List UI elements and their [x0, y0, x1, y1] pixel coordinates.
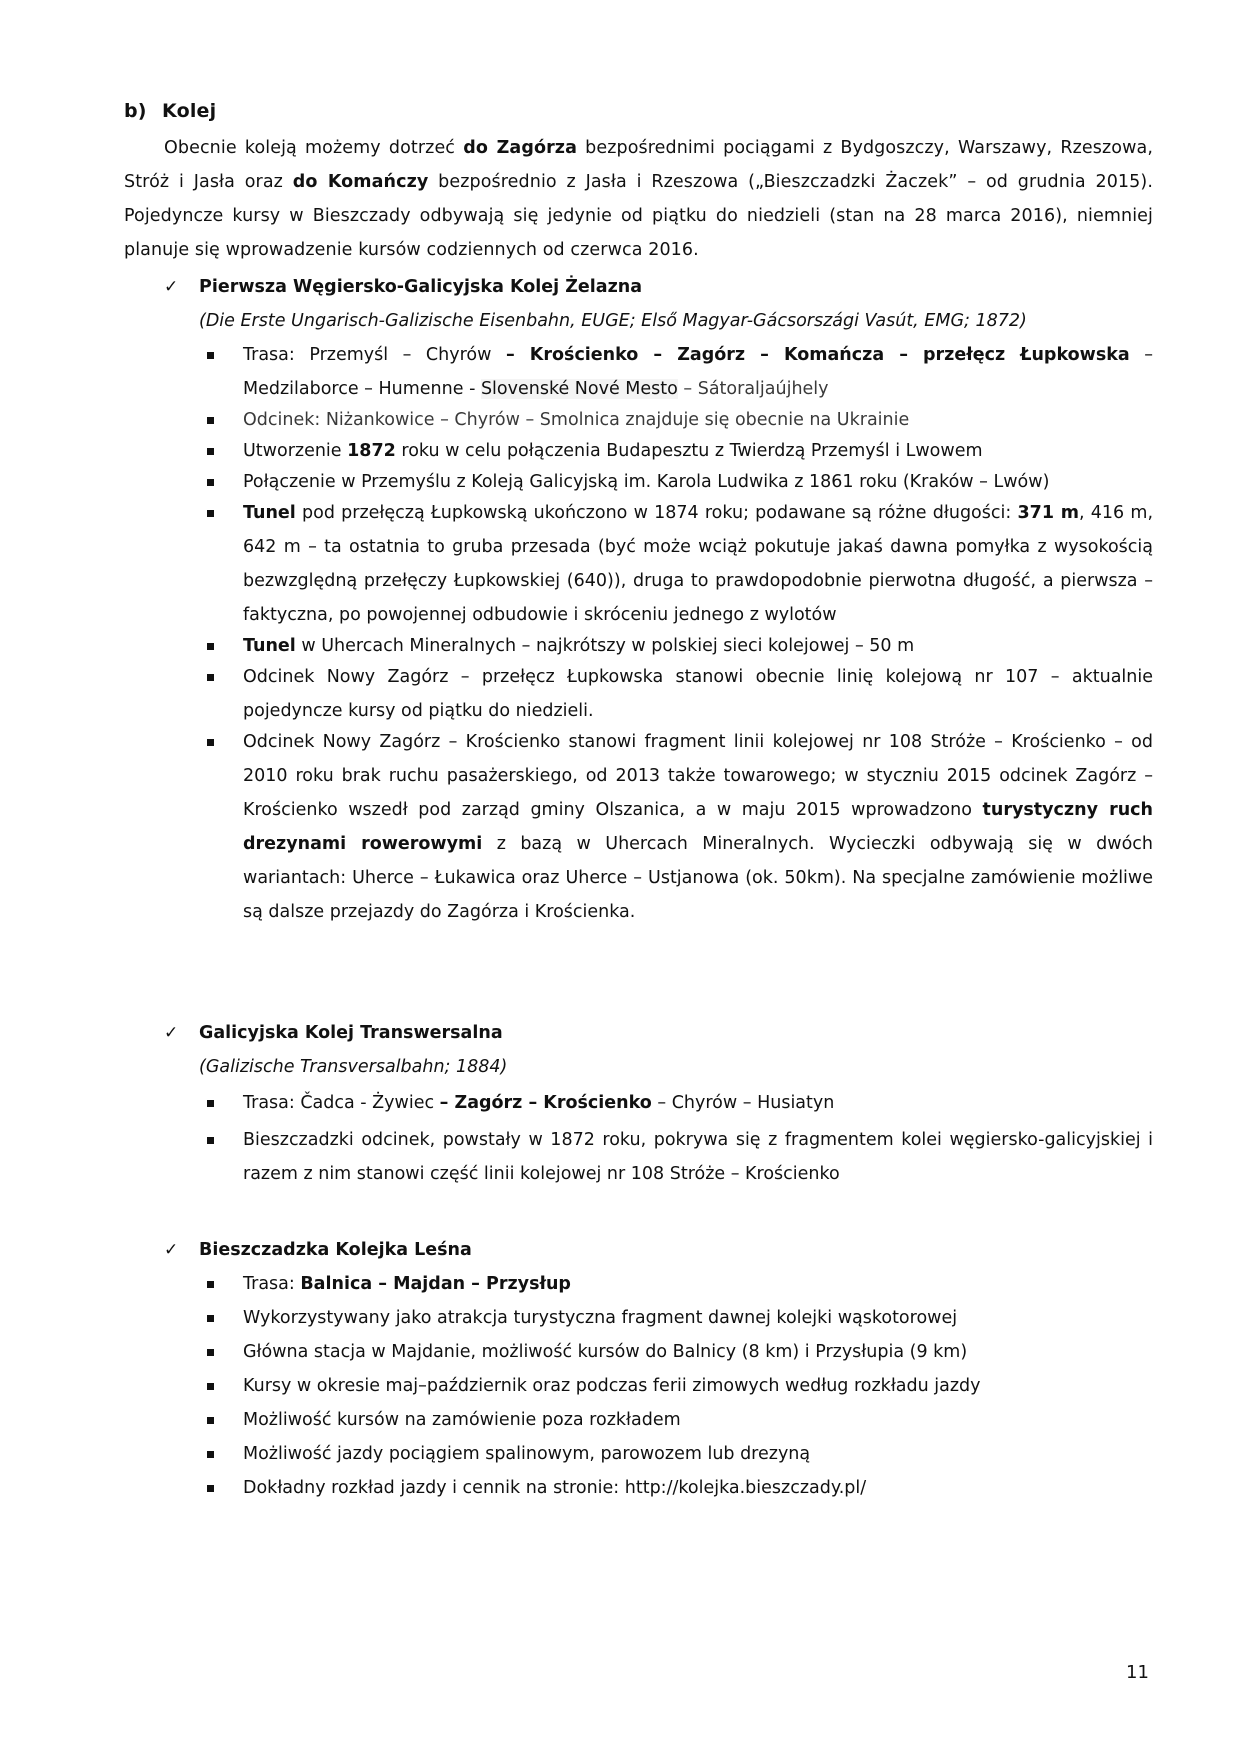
bullet-square-icon [207, 1349, 214, 1356]
item-text: roku w celu połączenia Budapesztu z Twie… [396, 441, 983, 461]
list-item: Możliwość jazdy pociągiem spalinowym, pa… [124, 1437, 1153, 1471]
item-text: Możliwość kursów na zamówienie poza rozk… [243, 1410, 681, 1430]
list-item: Trasa: Balnica – Majdan – Przysłup [124, 1267, 1153, 1301]
railway-heading: ✓ Pierwsza Węgiersko-Galicyjska Kolej Że… [124, 270, 1153, 304]
list-item: Dokładny rozkład jazdy i cennik na stron… [124, 1471, 1153, 1505]
list-item: Odcinek Nowy Zagórz – Krościenko stanowi… [124, 725, 1153, 929]
list-item: Trasa: Čadca - Żywiec – Zagórz – Kroście… [124, 1086, 1153, 1120]
item-bold: 1872 [347, 441, 396, 461]
bullet-square-icon [207, 1137, 214, 1144]
railway-title: Pierwsza Węgiersko-Galicyjska Kolej Żela… [199, 277, 642, 297]
item-text: Główna stacja w Majdanie, możliwość kurs… [243, 1342, 967, 1362]
item-highlight: Slovenské Nové Mesto [481, 379, 678, 399]
railway-title: Bieszczadzka Kolejka Leśna [199, 1240, 472, 1260]
list-item: Utworzenie 1872 roku w celu połączenia B… [124, 434, 1153, 468]
document-page: b)Kolej Obecnie koleją możemy dotrzeć do… [0, 0, 1241, 1755]
intro-bold-komancza: do Komańczy [293, 172, 429, 192]
section-title: Kolej [162, 100, 216, 122]
intro-paragraph: Obecnie koleją możemy dotrzeć do Zagórza… [124, 131, 1153, 267]
intro-text: Obecnie koleją możemy dotrzeć [164, 138, 463, 158]
list-item: Główna stacja w Majdanie, możliwość kurs… [124, 1335, 1153, 1369]
item-bold: 371 m [1017, 503, 1079, 523]
bullet-square-icon [207, 352, 214, 359]
list-item: Bieszczadzki odcinek, powstały w 1872 ro… [124, 1123, 1153, 1191]
item-text: Bieszczadzki odcinek, powstały w 1872 ro… [243, 1130, 1153, 1184]
list-item: Możliwość kursów na zamówienie poza rozk… [124, 1403, 1153, 1437]
item-bold: – Zagórz – Krościenko [440, 1093, 652, 1113]
railway-subtitle: (Galizische Transversalbahn; 1884) [124, 1050, 1153, 1084]
bullet-square-icon [207, 1485, 214, 1492]
item-bold: – Krościenko – Zagórz – Komańcza – przeł… [506, 345, 1130, 365]
bullet-square-icon [207, 479, 214, 486]
bullet-square-icon [207, 1451, 214, 1458]
item-text: Kursy w okresie maj–październik oraz pod… [243, 1376, 981, 1396]
item-text: Wykorzystywany jako atrakcja turystyczna… [243, 1308, 957, 1328]
item-text: Trasa: Čadca - Żywiec [243, 1093, 440, 1113]
railway-subtitle: (Die Erste Ungarisch-Galizische Eisenbah… [124, 304, 1153, 338]
item-text: w Uhercach Mineralnych – najkrótszy w po… [296, 636, 914, 656]
bullet-square-icon [207, 448, 214, 455]
item-bold: Tunel [243, 503, 296, 523]
railway-heading: ✓ Bieszczadzka Kolejka Leśna [124, 1233, 1153, 1267]
list-item: Trasa: Przemyśl – Chyrów – Krościenko – … [124, 338, 1153, 406]
bullet-square-icon [207, 674, 214, 681]
bullet-square-icon [207, 1315, 214, 1322]
railway-section-2: ✓ Galicyjska Kolej Transwersalna (Galizi… [124, 1016, 1153, 1191]
list-item: Kursy w okresie maj–październik oraz pod… [124, 1369, 1153, 1403]
item-text: – Sátoraljaújhely [678, 379, 829, 399]
bullet-square-icon [207, 739, 214, 746]
bullet-square-icon [207, 643, 214, 650]
item-text: Dokładny rozkład jazdy i cennik na stron… [243, 1478, 625, 1498]
item-text: Utworzenie [243, 441, 347, 461]
railway-heading: ✓ Galicyjska Kolej Transwersalna [124, 1016, 1153, 1050]
schedule-link[interactable]: http://kolejka.bieszczady.pl/ [625, 1478, 866, 1498]
bullet-square-icon [207, 510, 214, 517]
checkmark-icon: ✓ [164, 1233, 178, 1267]
item-text: Odcinek Nowy Zagórz – przełęcz Łupkowska… [243, 667, 1153, 721]
item-text: Trasa: [243, 1274, 300, 1294]
section-label: b) [124, 100, 162, 122]
bullet-square-icon [207, 1281, 214, 1288]
checkmark-icon: ✓ [164, 270, 178, 304]
bullet-square-icon [207, 1417, 214, 1424]
item-text: – Chyrów – Husiatyn [652, 1093, 835, 1113]
item-text: Możliwość jazdy pociągiem spalinowym, pa… [243, 1444, 810, 1464]
list-item: Tunel w Uhercach Mineralnych – najkrótsz… [124, 629, 1153, 663]
intro-bold-zagorz: do Zagórza [463, 138, 577, 158]
bullet-square-icon [207, 1100, 214, 1107]
item-text: Odcinek: Niżankowice – Chyrów – Smolnica… [243, 410, 909, 430]
item-bold: Tunel [243, 636, 296, 656]
bullet-square-icon [207, 1383, 214, 1390]
railway-title: Galicyjska Kolej Transwersalna [199, 1023, 503, 1043]
item-text: Połączenie w Przemyślu z Koleją Galicyjs… [243, 472, 1049, 492]
bullet-square-icon [207, 417, 214, 424]
list-item: Odcinek: Niżankowice – Chyrów – Smolnica… [124, 403, 1153, 437]
checkmark-icon: ✓ [164, 1016, 178, 1050]
railway-section-3: ✓ Bieszczadzka Kolejka Leśna Trasa: Baln… [124, 1233, 1153, 1505]
section-heading: b)Kolej [124, 100, 216, 122]
page-number: 11 [1126, 1662, 1149, 1683]
list-item: Wykorzystywany jako atrakcja turystyczna… [124, 1301, 1153, 1335]
item-text: pod przełęczą Łupkowską ukończono w 1874… [296, 503, 1018, 523]
railway-section-1: ✓ Pierwsza Węgiersko-Galicyjska Kolej Że… [124, 270, 1153, 929]
item-bold: Balnica – Majdan – Przysłup [300, 1274, 571, 1294]
list-item: Tunel pod przełęczą Łupkowską ukończono … [124, 496, 1153, 632]
list-item: Odcinek Nowy Zagórz – przełęcz Łupkowska… [124, 660, 1153, 728]
item-text: Trasa: Przemyśl – Chyrów [243, 345, 506, 365]
list-item: Połączenie w Przemyślu z Koleją Galicyjs… [124, 465, 1153, 499]
